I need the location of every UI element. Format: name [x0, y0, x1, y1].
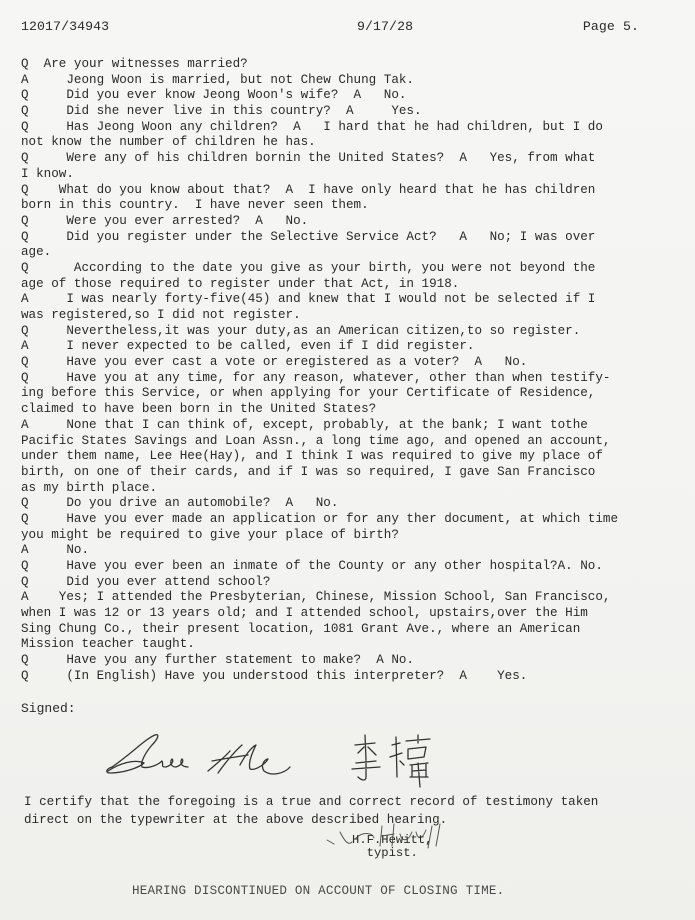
transcript-line: Q Were you ever arrested? A No. — [21, 214, 681, 230]
transcript-line: Q Were any of his children bornin the Un… — [21, 151, 681, 167]
transcript-line: Q Has Jeong Woon any children? A I hard … — [21, 120, 681, 136]
page-number: Page 5. — [583, 19, 639, 34]
transcript-line: I know. — [21, 167, 681, 183]
transcript-line: Q Have you any further statement to make… — [21, 653, 681, 669]
transcript-line: Q According to the date you give as your… — [21, 261, 681, 277]
closing-note: HEARING DISCONTINUED ON ACCOUNT OF CLOSI… — [132, 884, 504, 898]
testimony-transcript: Q Are your witnesses married?A Jeong Woo… — [21, 57, 681, 685]
transcript-line: birth, on one of their cards, and if I w… — [21, 465, 681, 481]
transcript-line: was registered,so I did not register. — [21, 308, 681, 324]
transcript-line: Q Did you ever know Jeong Woon's wife? A… — [21, 88, 681, 104]
signed-label: Signed: — [21, 701, 76, 716]
certification-line: direct on the typewriter at the above de… — [24, 811, 598, 829]
file-number: 12017/34943 — [21, 19, 109, 34]
transcript-line: Pacific States Savings and Loan Assn., a… — [21, 434, 681, 450]
transcript-line: age of those required to register under … — [21, 277, 681, 293]
transcript-line: A No. — [21, 543, 681, 559]
transcript-line: when I was 12 or 13 years old; and I att… — [21, 606, 681, 622]
transcript-line: Q Have you ever been an inmate of the Co… — [21, 559, 681, 575]
transcript-line: Mission teacher taught. — [21, 637, 681, 653]
transcript-line: born in this country. I have never seen … — [21, 198, 681, 214]
transcript-line: Q Did she never live in this country? A … — [21, 104, 681, 120]
transcript-line: A I never expected to be called, even if… — [21, 339, 681, 355]
certification-line: I certify that the foregoing is a true a… — [24, 793, 598, 811]
transcript-line: Q Have you ever made an application or f… — [21, 512, 681, 528]
transcript-line: A Jeong Woon is married, but not Chew Ch… — [21, 73, 681, 89]
transcript-line: under them name, Lee Hee(Hay), and I thi… — [21, 449, 681, 465]
transcript-line: Q Did you register under the Selective S… — [21, 230, 681, 246]
transcript-line: ing before this Service, or when applyin… — [21, 386, 681, 402]
transcript-line: Q What do you know about that? A I have … — [21, 183, 681, 199]
transcript-line: A None that I can think of, except, prob… — [21, 418, 681, 434]
typist-title: typist. — [352, 847, 432, 860]
transcript-line: Q (In English) Have you understood this … — [21, 669, 681, 685]
transcript-line: Sing Chung Co., their present location, … — [21, 622, 681, 638]
transcript-line: as my birth place. — [21, 481, 681, 497]
transcript-line: Q Have you ever cast a vote or eregister… — [21, 355, 681, 371]
transcript-line: Q Did you ever attend school? — [21, 575, 681, 591]
document-page: 12017/34943 9/17/28 Page 5. Q Are your w… — [0, 0, 695, 920]
transcript-line: age. — [21, 245, 681, 261]
transcript-line: claimed to have been born in the United … — [21, 402, 681, 418]
transcript-line: Q Nevertheless,it was your duty,as an Am… — [21, 324, 681, 340]
transcript-line: not know the number of children he has. — [21, 135, 681, 151]
transcript-line: Q Have you at any time, for any reason, … — [21, 371, 681, 387]
transcript-line: you might be required to give your place… — [21, 528, 681, 544]
transcript-line: A Yes; I attended the Presbyterian, Chin… — [21, 590, 681, 606]
certification-statement: I certify that the foregoing is a true a… — [24, 793, 598, 829]
handwritten-signature — [100, 715, 480, 800]
transcript-line: A I was nearly forty-five(45) and knew t… — [21, 292, 681, 308]
typist-block: H.F.Hewitt, typist. — [352, 834, 432, 860]
document-date: 9/17/28 — [357, 19, 413, 34]
transcript-line: Q Are your witnesses married? — [21, 57, 681, 73]
transcript-line: Q Do you drive an automobile? A No. — [21, 496, 681, 512]
